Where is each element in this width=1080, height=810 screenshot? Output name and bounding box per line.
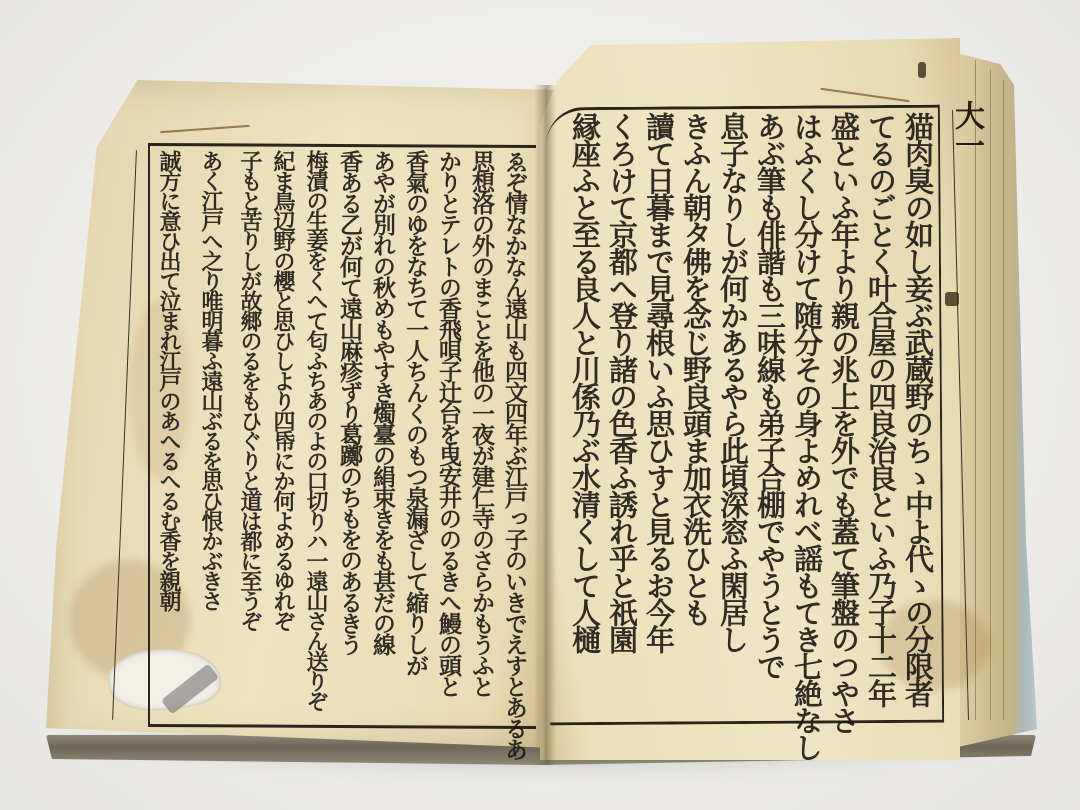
page-margin-title: 大一 (944, 100, 988, 160)
text-column: あく江戸へ之り唯明暮ふ遠山ぶるを思ひ恨かぶきさ (200, 150, 222, 610)
text-column: 讀て日暮まで見尋根いふ思ひすと見るお今年 (644, 112, 673, 652)
text-column: きふん朝タ佛を念じ野良頭ま加衣洗ひとも (681, 112, 710, 625)
text-column: はふくし分けて随分その身よめれべ謡もてき七絶なし (792, 112, 821, 760)
text-column: 紀ま鳥辺野の櫻と思ひしより四帋にか何よめるゆれぞ (272, 150, 294, 630)
page-edge-line (1003, 80, 1004, 720)
photo-scene: 大一 猫肉臭の如し妾ぶ武蔵野のちゝ中よ代ゝの分限者 てるのごとく叶合屋の四良治良… (0, 0, 1080, 810)
text-column: ゑぞ情なかなん遠山も四文四年ぶ江戸っ子のいきでえすとあるあ (503, 150, 526, 759)
text-column: 香ある乙が何て遠山麻疹ずり葛躑のちもをのあるきう (338, 150, 361, 654)
text-column: 誠方に意ひ出て泣まれ江戸のあへるへるむ香を親朝 (158, 150, 180, 610)
page-edge-line (990, 70, 991, 720)
text-column: 息子なりしが何かあるやら此頃深窓ふ閑居し (718, 112, 747, 652)
text-column: 香氣のゆをなちて一人ちんくのもつ泉漏ざして縮りしが (404, 150, 427, 675)
text-column: あやが別れの秋めもやすき燭臺の絹束きをも甚だの線 (371, 150, 394, 654)
text-column: 梅漬の生姜をくへて匂ふちあのよの口切りハ一遠山さん送りぞ (305, 150, 327, 710)
text-column: 猫肉臭の如し妾ぶ武蔵野のちゝ中よ代ゝの分限者 (903, 112, 932, 706)
worm-hole (918, 62, 926, 78)
text-column: 子もと苦りしが故郷のるをもひぐりと道は都に至うぞ (239, 150, 261, 630)
text-column: 盛といふ年より親の兆上を外でも蓋て筆盤のつやさ (829, 112, 858, 733)
text-column: あぶ筆も俳諧も三味線も弟子合棚でやうとうで (755, 112, 784, 679)
text-column: てるのごとく叶合屋の四良治良といふ乃子十二年 (866, 112, 895, 706)
text-column: 縁座ふと至る良人と川係乃ぶ水清くして人樋 (570, 112, 599, 652)
text-column: くろけて京都へ登り諸の色香ふ誘れ乎と祇園 (607, 112, 636, 652)
text-column: 思想洛の外のまことを他の一夜が建仁寺のさらかもうふと (470, 150, 493, 696)
text-column: かりとテレトの香飛唄子辻台を曳安井ののるきへ鰻の頭と (437, 150, 460, 696)
